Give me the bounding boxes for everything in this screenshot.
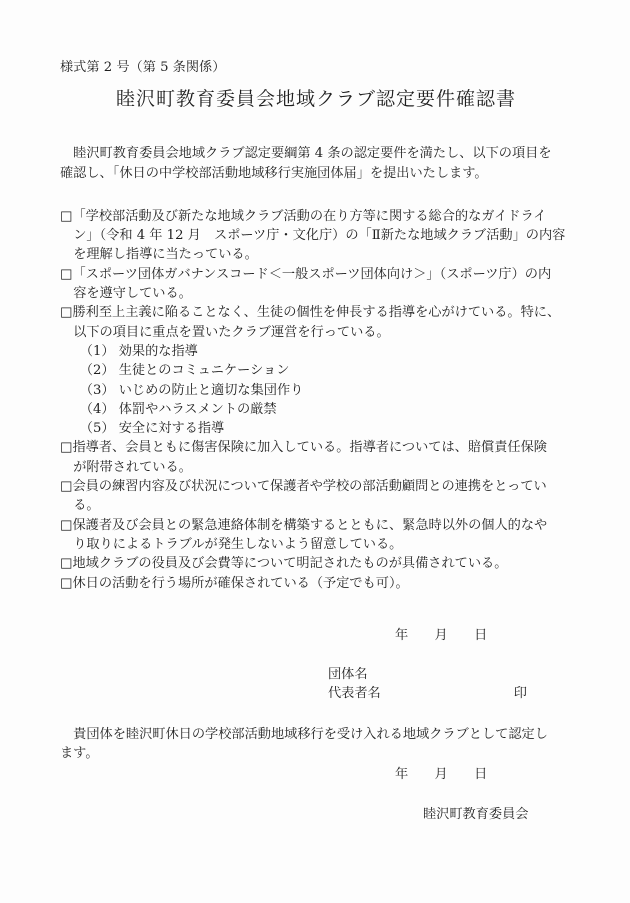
checkbox-icon[interactable]: □ [60,305,72,320]
checklist-item-coaching-policy: □勝利至上主義に陥ることなく、生徒の個性を伸長する指導を心がけている。特に、 以… [60,303,572,438]
checklist-item-text: 地域クラブの役員及び会費等について明記されたものが具備されている。 [72,556,507,571]
seal-label: 印 [514,686,527,701]
document-page: 様式第 2 号（第 5 条関係） 睦沢町教育委員会地域クラブ認定要件確認書 睦沢… [0,0,630,903]
checkbox-icon[interactable]: □ [60,576,72,591]
checklist-item-text: 休日の活動を行う場所が確保されている（予定でも可）。 [72,576,408,591]
checklist-item-text: 保護者及び会員との緊急連絡体制を構築するとともに、緊急時以外の個人的なや り取り… [72,518,547,552]
date-field-approval: 年 月 日 [395,765,572,784]
form-number: 様式第 2 号（第 5 条関係） [60,58,572,77]
checkbox-icon[interactable]: □ [60,479,72,494]
checklist-item-text: 「スポーツ団体ガバナンスコード＜一般スポーツ団体向け＞」（スポーツ庁）の内 容を… [72,267,551,301]
document-title: 睦沢町教育委員会地域クラブ認定要件確認書 [60,86,572,112]
committee-name: 睦沢町教育委員会 [423,805,572,824]
requirements-checklist: □「学校部活動及び新たな地域クラブ活動の在り方等に関する総合的なガイドライ ン」… [60,207,572,593]
checklist-item-text: 勝利至上主義に陥ることなく、生徒の個性を伸長する指導を心がけている。特に、 以下… [72,305,560,436]
date-field-applicant: 年 月 日 [395,626,572,645]
representative-name-label: 代表者名 [328,686,381,701]
group-name-label: 団体名 [328,665,572,684]
checklist-item-guideline: □「学校部活動及び新たな地域クラブ活動の在り方等に関する総合的なガイドライ ン」… [60,207,572,265]
checklist-item-insurance: □指導者、会員ともに傷害保険に加入している。指導者については、賠償責任保険 が附… [60,438,572,477]
checkbox-icon[interactable]: □ [60,440,72,455]
intro-paragraph: 睦沢町教育委員会地域クラブ認定要綱第 4 条の認定要件を満たし、以下の項目を 確… [60,144,572,183]
approval-statement: 貴団体を睦沢町休日の学校部活動地域移行を受け入れる地域クラブとして認定し ます。 [60,725,572,764]
applicant-signature-block: 団体名 代表者名印 [328,665,572,704]
checklist-item-cooperation: □会員の練習内容及び状況について保護者や学校の部活動顧問との連携をとってい る。 [60,477,572,516]
checkbox-icon[interactable]: □ [60,209,72,224]
checklist-item-activity-venue: □休日の活動を行う場所が確保されている（予定でも可）。 [60,574,572,593]
checklist-item-text: 会員の練習内容及び状況について保護者や学校の部活動顧問との連携をとってい る。 [72,479,546,513]
checklist-item-text: 「学校部活動及び新たな地域クラブ活動の在り方等に関する総合的なガイドライ ン」（… [72,209,565,263]
checklist-item-governance-code: □「スポーツ団体ガバナンスコード＜一般スポーツ団体向け＞」（スポーツ庁）の内 容… [60,265,572,304]
checklist-item-text: 指導者、会員ともに傷害保険に加入している。指導者については、賠償責任保険 が附帯… [72,440,546,474]
checkbox-icon[interactable]: □ [60,518,72,533]
checkbox-icon[interactable]: □ [60,556,72,571]
checkbox-icon[interactable]: □ [60,267,72,282]
checklist-item-officers-fees: □地域クラブの役員及び会費等について明記されたものが具備されている。 [60,554,572,573]
representative-line: 代表者名印 [328,684,572,703]
checklist-item-emergency-contact: □保護者及び会員との緊急連絡体制を構築するとともに、緊急時以外の個人的なや り取… [60,516,572,555]
